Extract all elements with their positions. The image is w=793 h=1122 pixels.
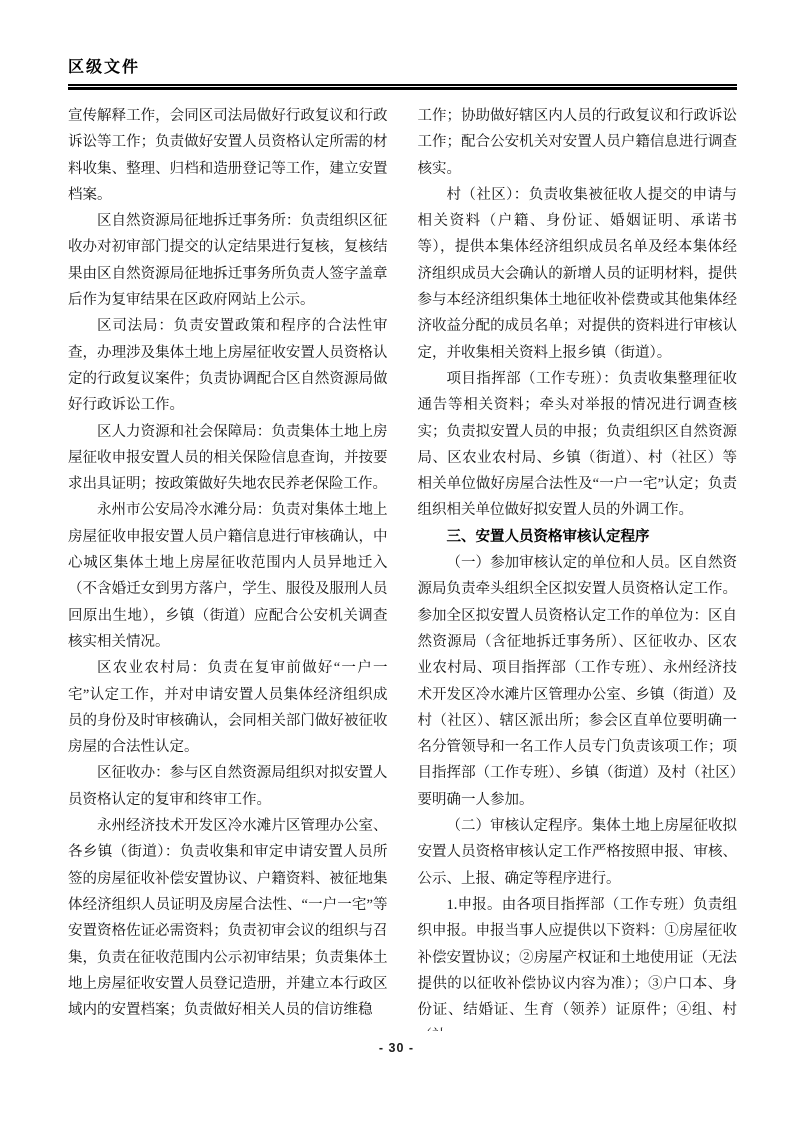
body-paragraph: 永州市公安局冷水滩分局：负责对集体土地上房屋征收申报安置人员户籍信息进行审核确认… [68,497,388,655]
page-number: - 30 - [0,1041,793,1055]
header-rule-top [68,84,737,86]
body-paragraph: 区人力资源和社会保障局：负责集体土地上房屋征收申报安置人员的相关保险信息查询，并… [68,419,388,498]
header-rule-bottom [68,87,737,90]
body-paragraph: 村（社区）：负责收集被征收人提交的申请与相关资料（户籍、身份证、婚姻证明、承诺书… [418,182,738,366]
right-column: 工作；协助做好辖区内人员的行政复议和行政诉讼工作；配合公安机关对安置人员户籍信息… [418,103,738,1031]
body-paragraph: 宣传解释工作，会同区司法局做好行政复议和行政诉讼等工作；负责做好安置人员资格认定… [68,103,388,208]
body-paragraph: （二）审核认定程序。集体土地上房屋征收拟安置人员资格审核认定工作严格按照申报、审… [418,813,738,892]
body-paragraph: 永州经济技术开发区冷水滩片区管理办公室、各乡镇（街道）：负责收集和审定申请安置人… [68,813,388,1023]
body-paragraph: 项目指挥部（工作专班）：负责收集整理征收通告等相关资料；牵头对举报的情况进行调查… [418,366,738,524]
body-paragraph: （一）参加审核认定的单位和人员。区自然资源局负责牵头组织全区拟安置人员资格认定工… [418,550,738,813]
body-paragraph: 区自然资源局征地拆迁事务所：负责组织区征收办对初审部门提交的认定结果进行复核，复… [68,208,388,313]
document-page: 区级文件 宣传解释工作，会同区司法局做好行政复议和行政诉讼等工作；负责做好安置人… [0,0,793,1122]
body-paragraph: 1.申报。由各项目指挥部（工作专班）负责组织申报。申报当事人应提供以下资料：①房… [418,892,738,1031]
left-column: 宣传解释工作，会同区司法局做好行政复议和行政诉讼等工作；负责做好安置人员资格认定… [68,103,388,1031]
body-paragraph: 工作；协助做好辖区内人员的行政复议和行政诉讼工作；配合公安机关对安置人员户籍信息… [418,103,738,182]
body-paragraph: 区征收办：参与区自然资源局组织对拟安置人员资格认定的复审和终审工作。 [68,760,388,813]
section-heading: 三、安置人员资格审核认定程序 [418,524,738,550]
two-column-body: 宣传解释工作，会同区司法局做好行政复议和行政诉讼等工作；负责做好安置人员资格认定… [68,103,737,1031]
body-paragraph: 区农业农村局：负责在复审前做好“一户一宅”认定工作，并对申请安置人员集体经济组织… [68,655,388,760]
body-paragraph: 区司法局：负责安置政策和程序的合法性审查，办理涉及集体土地上房屋征收安置人员资格… [68,313,388,418]
document-header: 区级文件 [68,54,737,90]
header-category-label: 区级文件 [68,54,737,84]
